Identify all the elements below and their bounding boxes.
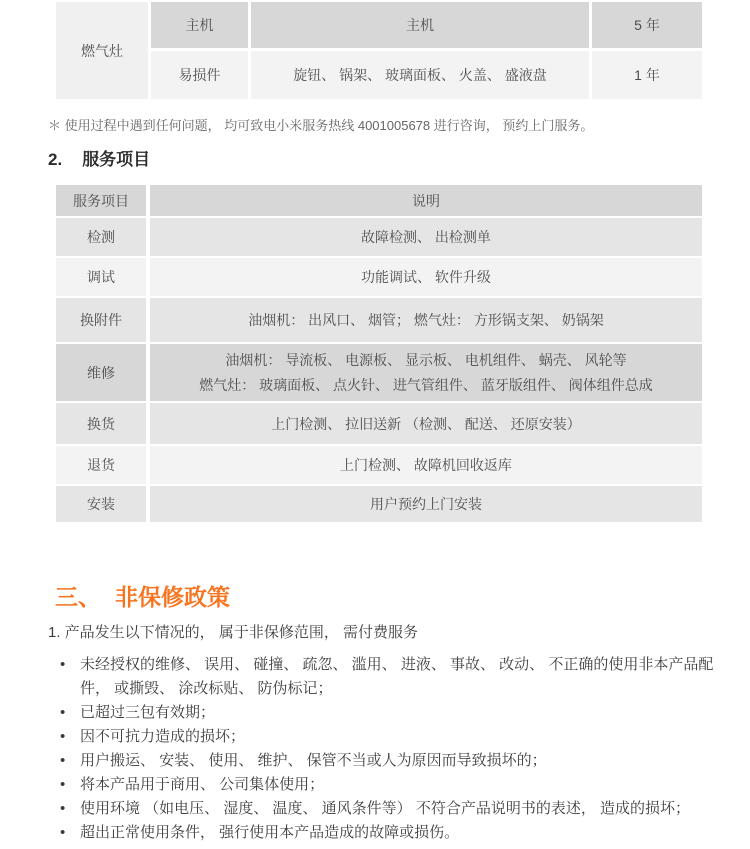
non-warranty-intro: 1. 产品发生以下情况的， 属于非保修范围， 需付费服务	[48, 623, 730, 643]
service-row-description: 上门检测、 故障机回收返库	[150, 446, 702, 484]
part-description-cell: 旋钮、 锅架、 玻璃面板、 火盖、 盛液盘	[251, 51, 589, 99]
bullet-item: 因不可抗力造成的损坏；	[48, 725, 730, 749]
bullet-item: 用户搬运、 安装、 使用、 维护、 保管不当或人为原因而导致损坏的；	[48, 749, 730, 773]
service-row-label: 安装	[56, 486, 146, 522]
description-line: 油烟机： 导流板、 电源板、 显示板、 电机组件、 蜗壳、 风轮等	[225, 348, 626, 373]
non-warranty-bullet-list: 未经授权的维修、 误用、 碰撞、 疏忽、 滥用、 进液、 事故、 改动、 不正确…	[48, 653, 730, 845]
bullet-item: 超出正常使用条件， 强行使用本产品造成的故障或损伤。	[48, 821, 730, 845]
service-row-description: 故障检测、 出检测单	[150, 218, 702, 256]
column-header-description: 说明	[150, 185, 702, 216]
part-type-cell: 易损件	[151, 51, 248, 99]
hotline-note: ＊ 使用过程中遇到任何问题， 均可致电小米服务热线 4001005678 进行咨…	[48, 118, 730, 133]
bullet-item: 将本产品用于商用、 公司集体使用；	[48, 773, 730, 797]
service-items-table: 服务项目 说明 检测 故障检测、 出检测单 调试 功能调试、 软件升级 换附件 …	[56, 185, 702, 522]
part-description-cell: 主机	[251, 2, 589, 48]
service-row-label: 换货	[56, 403, 146, 444]
service-section-heading: 2.服务项目	[48, 151, 730, 169]
column-header-service-item: 服务项目	[56, 185, 146, 216]
warranty-policy-page: 燃气灶 主机 主机 5 年 易损件 旋钮、 锅架、 玻璃面板、 火盖、 盛液盘 …	[0, 2, 750, 849]
bullet-item: 未经授权的维修、 误用、 碰撞、 疏忽、 滥用、 进液、 事故、 改动、 不正确…	[48, 653, 730, 701]
warranty-period-cell: 5 年	[592, 2, 702, 48]
section-number: 三、	[55, 584, 101, 610]
service-row-label: 退货	[56, 446, 146, 484]
service-row-description: 油烟机： 出风口、 烟管； 燃气灶： 方形锅支架、 奶锅架	[150, 298, 702, 342]
description-line: 燃气灶： 玻璃面板、 点火针、 进气管组件、 蓝牙版组件、 阀体组件总成	[199, 373, 652, 398]
warranty-period-table: 燃气灶 主机 主机 5 年 易损件 旋钮、 锅架、 玻璃面板、 火盖、 盛液盘 …	[56, 2, 702, 99]
part-type-cell: 主机	[151, 2, 248, 48]
bullet-item: 已超过三包有效期；	[48, 701, 730, 725]
warranty-period-cell: 1 年	[592, 51, 702, 99]
section-title: 非保修政策	[115, 584, 230, 610]
section-title: 服务项目	[82, 150, 150, 169]
service-row-label: 维修	[56, 344, 146, 401]
bullet-item: 使用环境 （如电压、 湿度、 温度、 通风条件等） 不符合产品说明书的表述， 造…	[48, 797, 730, 821]
service-row-description: 油烟机： 导流板、 电源板、 显示板、 电机组件、 蜗壳、 风轮等 燃气灶： 玻…	[150, 344, 702, 401]
category-cell: 燃气灶	[56, 2, 148, 99]
service-row-label: 检测	[56, 218, 146, 256]
service-row-description: 用户预约上门安装	[150, 486, 702, 522]
service-row-description: 功能调试、 软件升级	[150, 258, 702, 296]
non-warranty-section-heading: 三、非保修政策	[55, 584, 730, 610]
service-row-label: 调试	[56, 258, 146, 296]
section-number: 2.	[48, 150, 62, 169]
service-row-label: 换附件	[56, 298, 146, 342]
service-row-description: 上门检测、 拉旧送新 （检测、 配送、 还原安装）	[150, 403, 702, 444]
